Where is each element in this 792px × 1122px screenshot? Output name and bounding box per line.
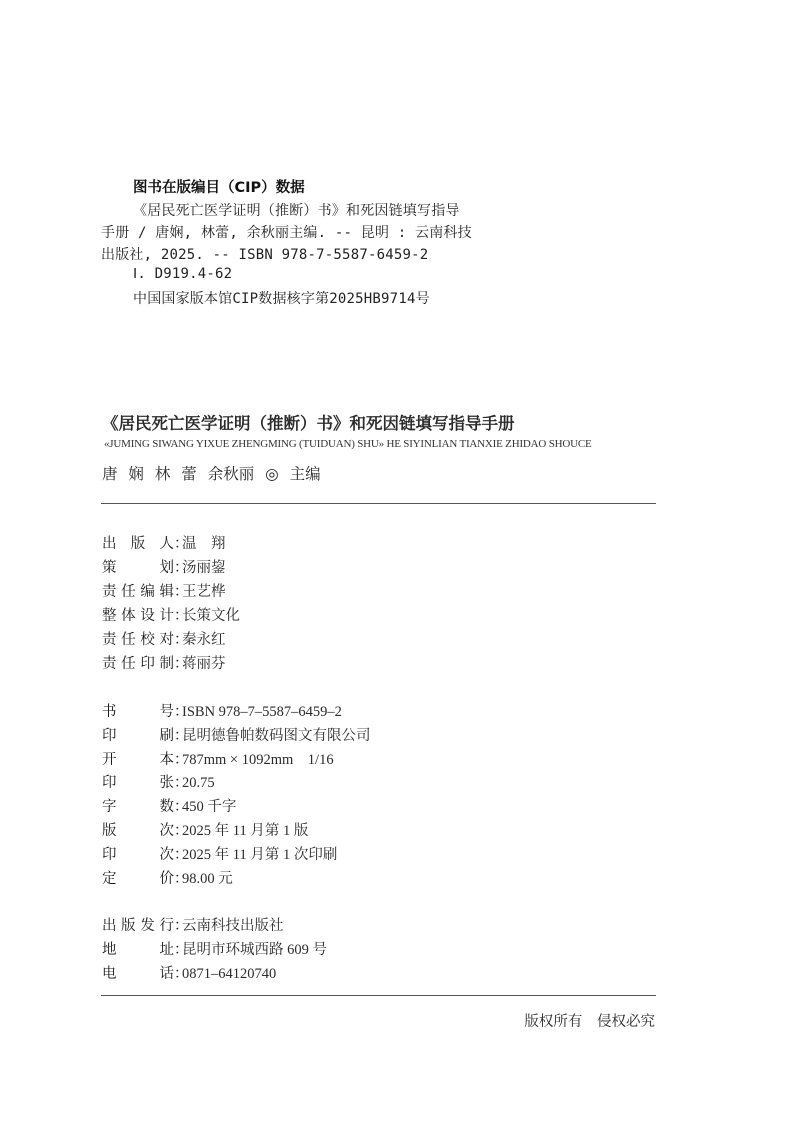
spec-value: 98.00 元 [182,867,233,888]
copyright-notice: 版权所有 侵权必究 [524,1010,655,1031]
spec-label: 书号 [102,700,174,721]
spec-row-format: 开本：787mm × 1092mm 1/16 [102,748,334,770]
colon: ： [174,938,180,959]
publisher-label: 出版发行 [102,914,174,935]
credit-label: 责任编辑 [102,580,174,601]
colon: ： [174,843,180,864]
divider-bottom [101,995,656,996]
publisher-value: 云南科技出版社 [182,914,284,935]
credit-value: 秦永红 [182,628,226,649]
colon: ： [174,771,180,792]
credit-row-print-supervisor: 责任印制：蒋丽芬 [102,652,226,674]
publisher-row-phone: 电话：0871–64120740 [102,962,276,984]
cip-line-title: 《居民死亡医学证明（推断）书》和死因链填写指导 [133,200,460,220]
spec-value: 昆明德鲁帕数码图文有限公司 [182,724,371,745]
spec-row-printer: 印刷：昆明德鲁帕数码图文有限公司 [102,724,371,746]
spec-label: 字数 [102,795,174,816]
credit-label: 责任印制 [102,652,174,673]
colon: ： [174,604,180,625]
credit-value: 汤丽鋆 [182,556,226,577]
colon: ： [174,556,180,577]
credit-label: 策划 [102,556,174,577]
cip-line-authors: 手册 / 唐娴, 林蕾, 余秋丽主编. -- 昆明 : 云南科技 [101,222,472,242]
divider-top [101,503,656,504]
credit-value: 王艺桦 [182,580,226,601]
book-authors: 唐 娴 林 蕾 余秋丽 ◎ 主编 [102,462,321,484]
credit-label: 出版人 [102,532,174,553]
colon: ： [174,700,180,721]
credit-row-design: 整体设计：长策文化 [102,604,240,626]
spec-value: ISBN 978–7–5587–6459–2 [182,704,342,721]
spec-row-word-count: 字数：450 千字 [102,795,236,817]
cip-heading: 图书在版编目（CIP）数据 [133,176,305,197]
colon: ： [174,867,180,888]
colon: ： [174,795,180,816]
cip-line-publisher: 出版社, 2025. -- ISBN 978-7-5587-6459-2 [101,244,428,264]
colon: ： [174,819,180,840]
spec-value: 2025 年 11 月第 1 次印刷 [182,843,337,864]
credit-label: 责任校对 [102,628,174,649]
spec-value: 450 千字 [182,795,236,816]
colon: ： [174,914,180,935]
colon: ： [174,748,180,769]
publisher-label: 地址 [102,938,174,959]
spec-label: 版次 [102,819,174,840]
colon: ： [174,962,180,983]
spec-row-isbn: 书号：ISBN 978–7–5587–6459–2 [102,700,342,722]
book-title: 《居民死亡医学证明（推断）书》和死因链填写指导手册 [102,410,515,434]
credit-value: 长策文化 [182,604,240,625]
credit-row-planner: 策划：汤丽鋆 [102,556,226,578]
credit-row-publisher-person: 出版人：温 翔 [102,532,226,554]
credit-value: 温 翔 [182,532,226,553]
publisher-value: 昆明市环城西路 609 号 [182,938,327,959]
spec-label: 印刷 [102,724,174,745]
publisher-value: 0871–64120740 [182,966,276,983]
cip-line-record-number: 中国国家版本馆CIP数据核字第2025HB9714号 [133,288,430,308]
publisher-label: 电话 [102,962,174,983]
spec-row-price: 定价：98.00 元 [102,867,233,889]
colon: ： [174,580,180,601]
colon: ： [174,628,180,649]
credit-row-proofreader: 责任校对：秦永红 [102,628,226,650]
spec-label: 定价 [102,867,174,888]
credit-row-editor: 责任编辑：王艺桦 [102,580,226,602]
credit-label: 整体设计 [102,604,174,625]
book-title-pinyin: «JUMING SIWANG YIXUE ZHENGMING (TUIDUAN)… [104,438,592,450]
spec-label: 开本 [102,748,174,769]
colon: ： [174,652,180,673]
colon: ： [174,724,180,745]
spec-row-printing: 印次：2025 年 11 月第 1 次印刷 [102,843,337,865]
colon: ： [174,532,180,553]
publisher-row-distributor: 出版发行：云南科技出版社 [102,914,284,936]
cip-line-classification: Ⅰ. D919.4-62 [133,266,232,282]
spec-row-sheets: 印张：20.75 [102,771,215,793]
credit-value: 蒋丽芬 [182,652,226,673]
spec-value: 787mm × 1092mm 1/16 [182,748,334,769]
spec-label: 印次 [102,843,174,864]
spec-value: 20.75 [182,775,215,792]
publisher-row-address: 地址：昆明市环城西路 609 号 [102,938,327,960]
spec-row-edition: 版次：2025 年 11 月第 1 版 [102,819,308,841]
spec-value: 2025 年 11 月第 1 版 [182,819,308,840]
spec-label: 印张 [102,771,174,792]
